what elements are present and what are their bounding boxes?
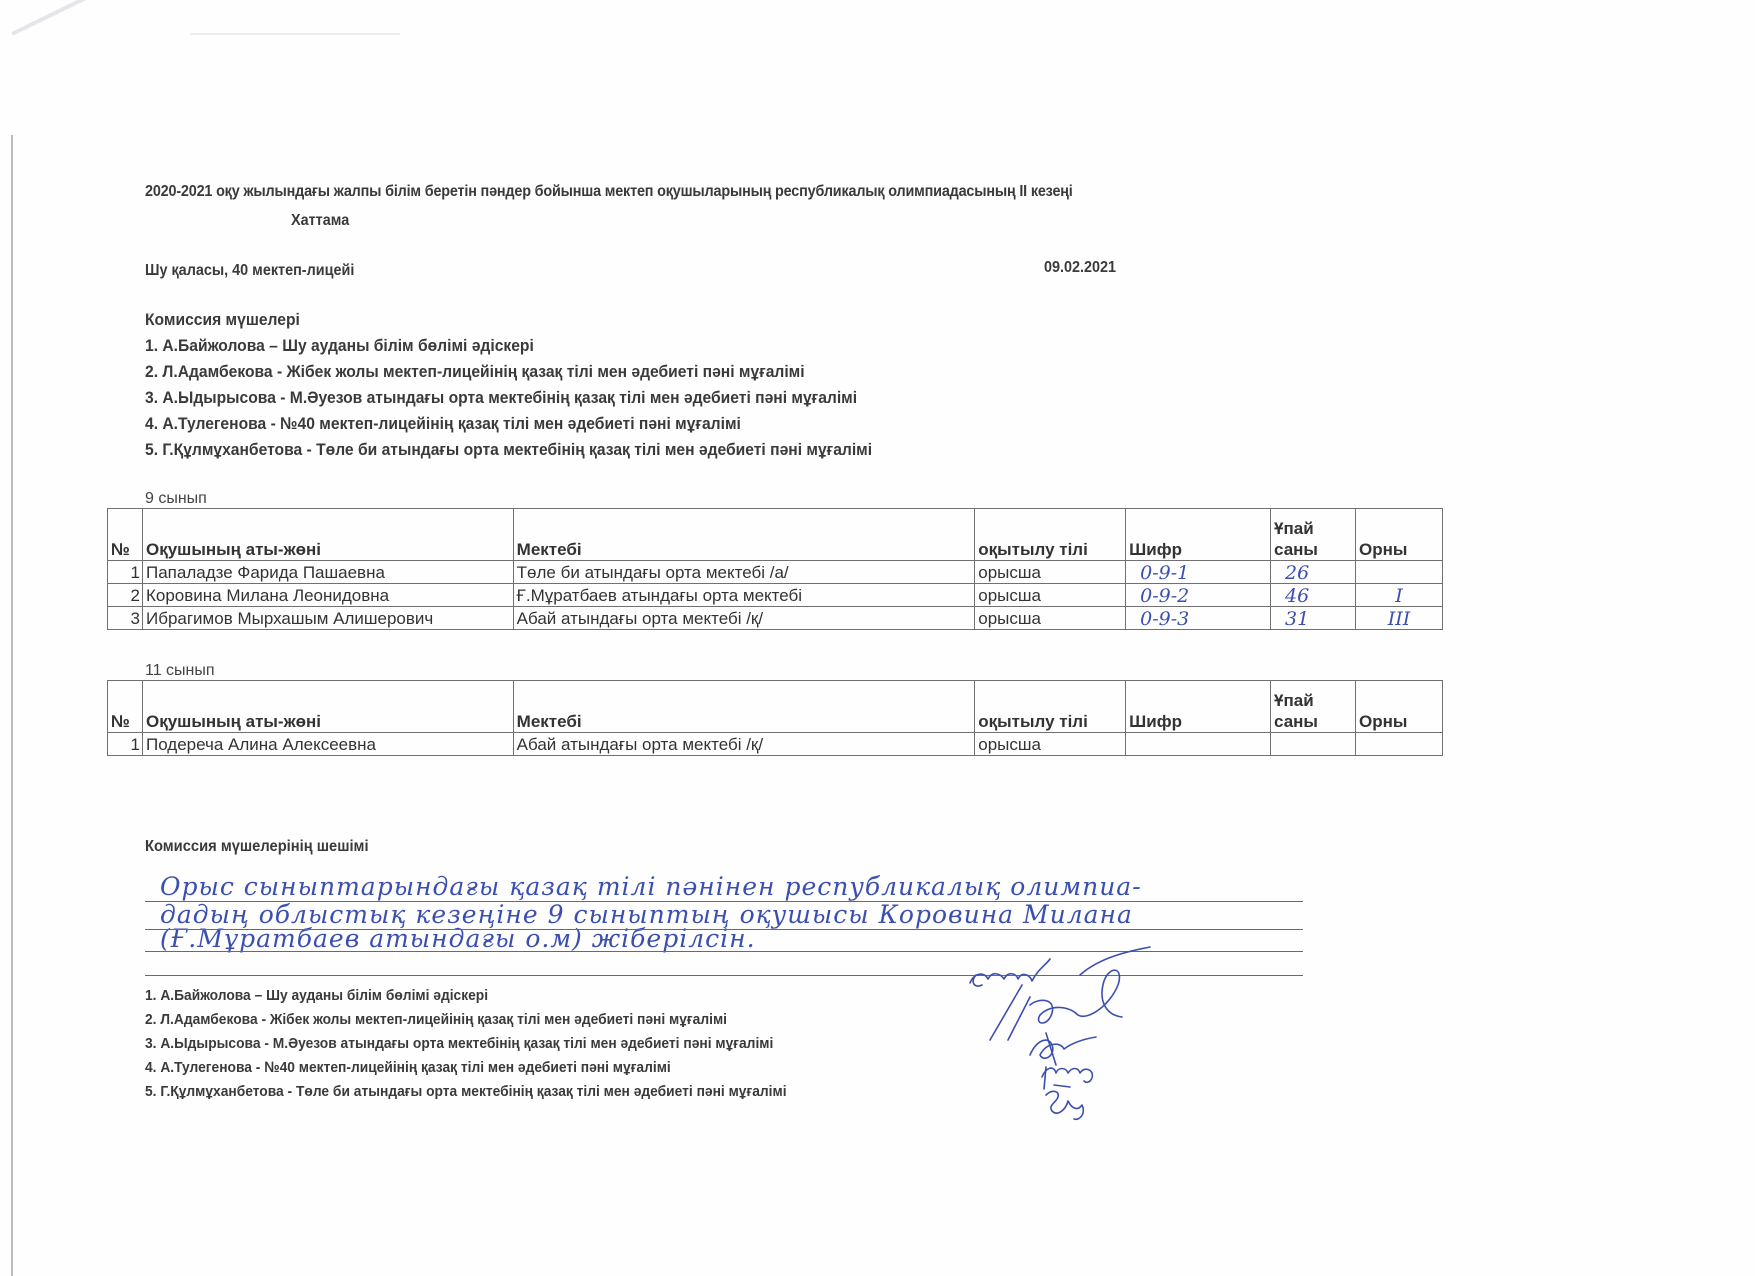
col-language: оқытылу тілі (975, 681, 1126, 733)
commission-member: 4. А.Тулегенова - №40 мектеп-лицейінің қ… (145, 414, 741, 434)
table-row: 3 Ибрагимов Мырхашым Алишерович Абай аты… (108, 607, 1443, 630)
student-name: Ибрагимов Мырхашым Алишерович (142, 607, 513, 630)
document-date: 09.02.2021 (1044, 259, 1116, 277)
score-handwritten: 46 (1271, 584, 1356, 607)
commission-member: 5. Г.Құлмұханбетова - Төле би атындағы о… (145, 440, 872, 460)
signatory: 3. А.Ыдырысова - М.Әуезов атындағы орта … (145, 1035, 773, 1052)
col-language: оқытылу тілі (975, 509, 1126, 561)
col-school: Мектебі (513, 509, 975, 561)
scan-fold-edge (11, 0, 179, 36)
grade9-results-table: № Оқушының аты-жөні Мектебі оқытылу тілі… (107, 508, 1443, 630)
score-handwritten: 26 (1271, 561, 1356, 584)
place-handwritten: III (1356, 607, 1443, 630)
cipher-handwritten: 0-9-3 (1126, 607, 1271, 630)
col-school: Мектебі (513, 681, 975, 733)
col-score-line1: Ұпай (1274, 691, 1314, 710)
grade11-label: 11 сынып (145, 662, 215, 680)
col-score-line2: саны (1274, 712, 1318, 731)
language: орысша (975, 584, 1126, 607)
commission-heading: Комиссия мүшелері (145, 310, 300, 330)
col-number: № (108, 681, 143, 733)
location: Шу қаласы, 40 мектеп-лицейі (145, 262, 354, 280)
school: Абай атындағы орта мектебі /қ/ (513, 733, 975, 756)
col-score-line2: саны (1274, 540, 1318, 559)
col-score-line1: Ұпай (1274, 519, 1314, 538)
table-row: 1 Папаладзе Фарида Пашаевна Төле би атын… (108, 561, 1443, 584)
handwritten-signatures-icon (960, 945, 1160, 1125)
grade9-label: 9 сынып (145, 490, 207, 508)
col-place: Орны (1356, 509, 1443, 561)
commission-member: 1. А.Байжолова – Шу ауданы білім бөлімі … (145, 336, 534, 356)
scan-left-edge (11, 135, 13, 1276)
language: орысша (975, 733, 1126, 756)
col-student-name: Оқушының аты-жөні (142, 681, 513, 733)
decision-handwritten-line: Орыс сыныптарындағы қазақ тілі пәнінен р… (160, 872, 1142, 901)
row-number: 2 (108, 584, 143, 607)
student-name: Папаладзе Фарида Пашаевна (142, 561, 513, 584)
document-subtitle: Хаттама (291, 212, 349, 230)
scanned-page: 2020-2021 оқу жылындағы жалпы білім бере… (0, 0, 1755, 1276)
ruled-line (145, 901, 1303, 902)
decision-heading: Комиссия мүшелерінің шешімі (145, 838, 369, 856)
table-header-row: № Оқушының аты-жөні Мектебі оқытылу тілі… (108, 509, 1443, 561)
table-row: 1 Подереча Алина Алексеевна Абай атындағ… (108, 733, 1443, 756)
place-handwritten: I (1356, 584, 1443, 607)
signatory: 2. Л.Адамбекова - Жібек жолы мектеп-лице… (145, 1011, 727, 1028)
cipher (1126, 733, 1271, 756)
score (1271, 733, 1356, 756)
language: орысша (975, 607, 1126, 630)
col-place: Орны (1356, 681, 1443, 733)
col-number: № (108, 509, 143, 561)
scan-fold-edge (190, 33, 400, 35)
student-name: Подереча Алина Алексеевна (142, 733, 513, 756)
ruled-line (145, 929, 1303, 930)
col-score: Ұпайсаны (1271, 509, 1356, 561)
row-number: 3 (108, 607, 143, 630)
school: Төле би атындағы орта мектебі /а/ (513, 561, 975, 584)
signatory: 1. А.Байжолова – Шу ауданы білім бөлімі … (145, 987, 488, 1004)
school: Ғ.Мұратбаев атындағы орта мектебі (513, 584, 975, 607)
language: орысша (975, 561, 1126, 584)
cipher-handwritten: 0-9-2 (1126, 584, 1271, 607)
row-number: 1 (108, 561, 143, 584)
col-cipher: Шифр (1126, 681, 1271, 733)
signatory: 4. А.Тулегенова - №40 мектеп-лицейінің қ… (145, 1059, 671, 1076)
commission-member: 3. А.Ыдырысова - М.Әуезов атындағы орта … (145, 388, 857, 408)
document-title: 2020-2021 оқу жылындағы жалпы білім бере… (145, 183, 1073, 201)
table-row: 2 Коровина Милана Леонидовна Ғ.Мұратбаев… (108, 584, 1443, 607)
signatory: 5. Г.Құлмұханбетова - Төле би атындағы о… (145, 1083, 787, 1100)
place (1356, 733, 1443, 756)
student-name: Коровина Милана Леонидовна (142, 584, 513, 607)
place-handwritten (1356, 561, 1443, 584)
school: Абай атындағы орта мектебі /қ/ (513, 607, 975, 630)
row-number: 1 (108, 733, 143, 756)
col-student-name: Оқушының аты-жөні (142, 509, 513, 561)
commission-member: 2. Л.Адамбекова - Жібек жолы мектеп-лице… (145, 362, 805, 382)
score-handwritten: 31 (1271, 607, 1356, 630)
table-header-row: № Оқушының аты-жөні Мектебі оқытылу тілі… (108, 681, 1443, 733)
cipher-handwritten: 0-9-1 (1126, 561, 1271, 584)
col-score: Ұпайсаны (1271, 681, 1356, 733)
grade11-results-table: № Оқушының аты-жөні Мектебі оқытылу тілі… (107, 680, 1443, 756)
col-cipher: Шифр (1126, 509, 1271, 561)
